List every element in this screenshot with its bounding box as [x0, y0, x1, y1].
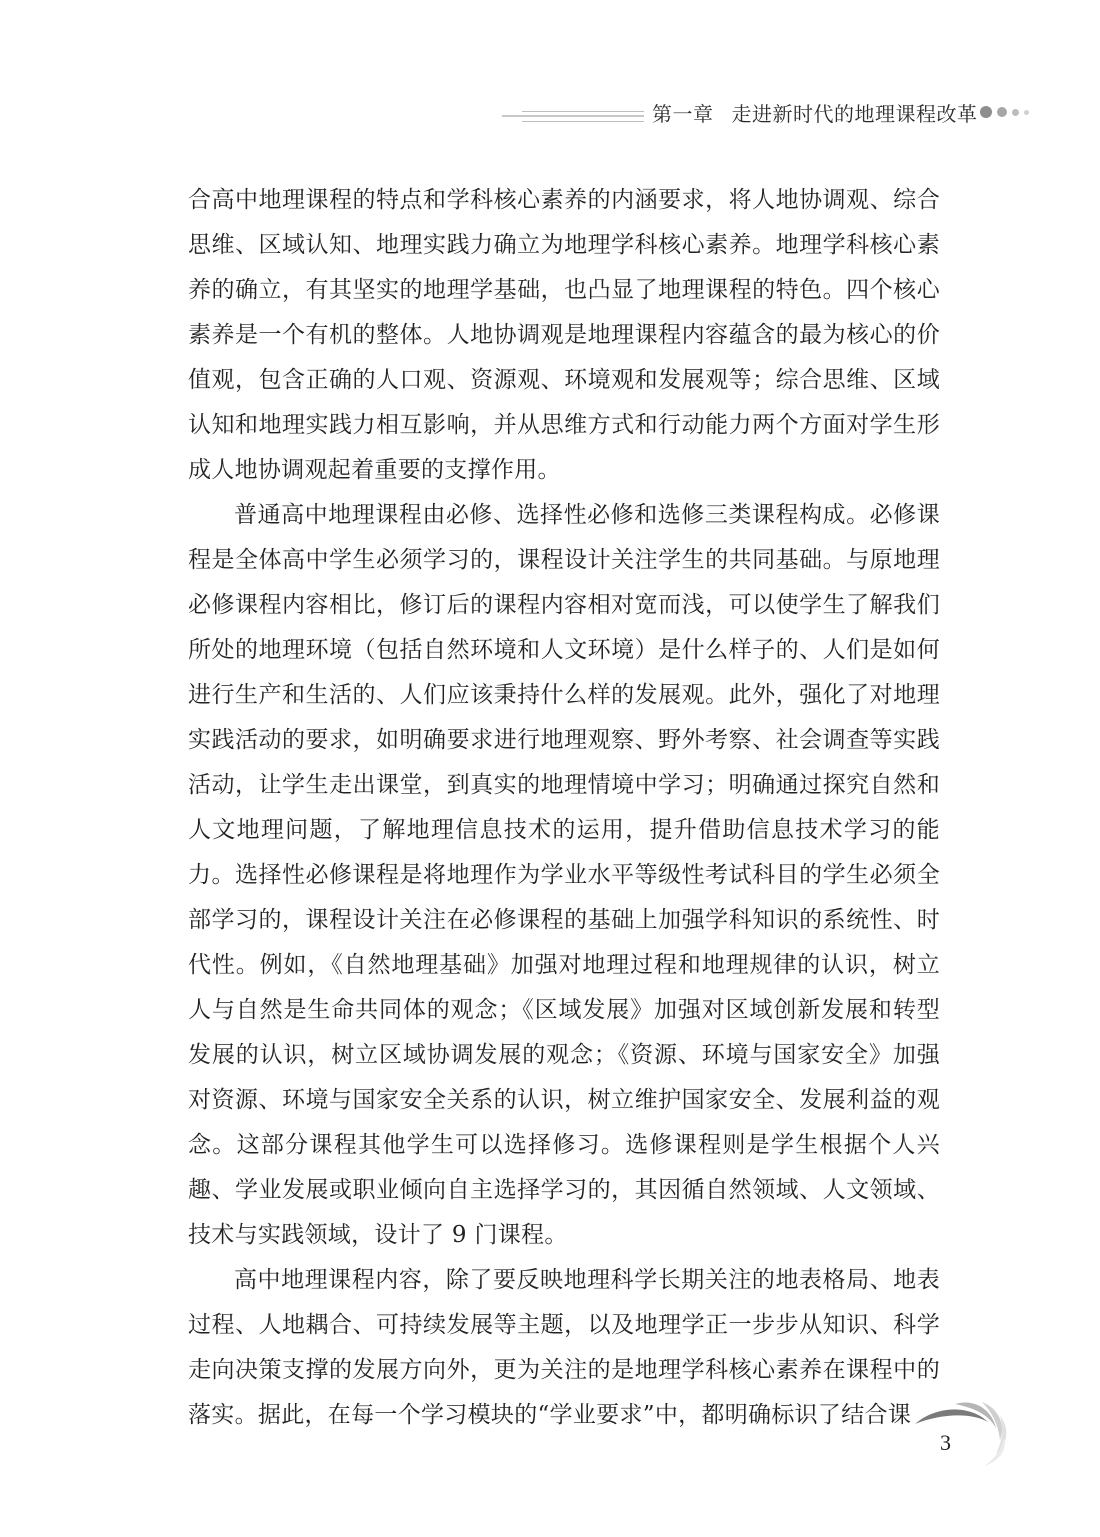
paragraph-2: 普通高中地理课程由必修、选择性必修和选修三类课程构成。必修课程是全体高中学生必须… — [188, 493, 940, 1258]
page-swoosh-icon — [900, 1400, 1010, 1470]
body-text: 合高中地理课程的特点和学科核心素养的内涵要求，将人地协调观、综合思维、区域认知、… — [188, 178, 940, 1438]
chapter-heading: 第一章走进新时代的地理课程改革 — [652, 98, 978, 127]
paragraph-3: 高中地理课程内容，除了要反映地理科学长期关注的地表格局、地表过程、人地耦合、可持… — [188, 1258, 940, 1438]
chapter-label: 第一章 — [652, 102, 714, 126]
page-number: 3 — [940, 1430, 951, 1456]
running-header: 第一章走进新时代的地理课程改革 — [0, 92, 1100, 136]
chapter-title: 走进新时代的地理课程改革 — [732, 102, 978, 126]
header-decorative-lines — [502, 107, 644, 121]
paragraph-1: 合高中地理课程的特点和学科核心素养的内涵要求，将人地协调观、综合思维、区域认知、… — [188, 178, 940, 493]
